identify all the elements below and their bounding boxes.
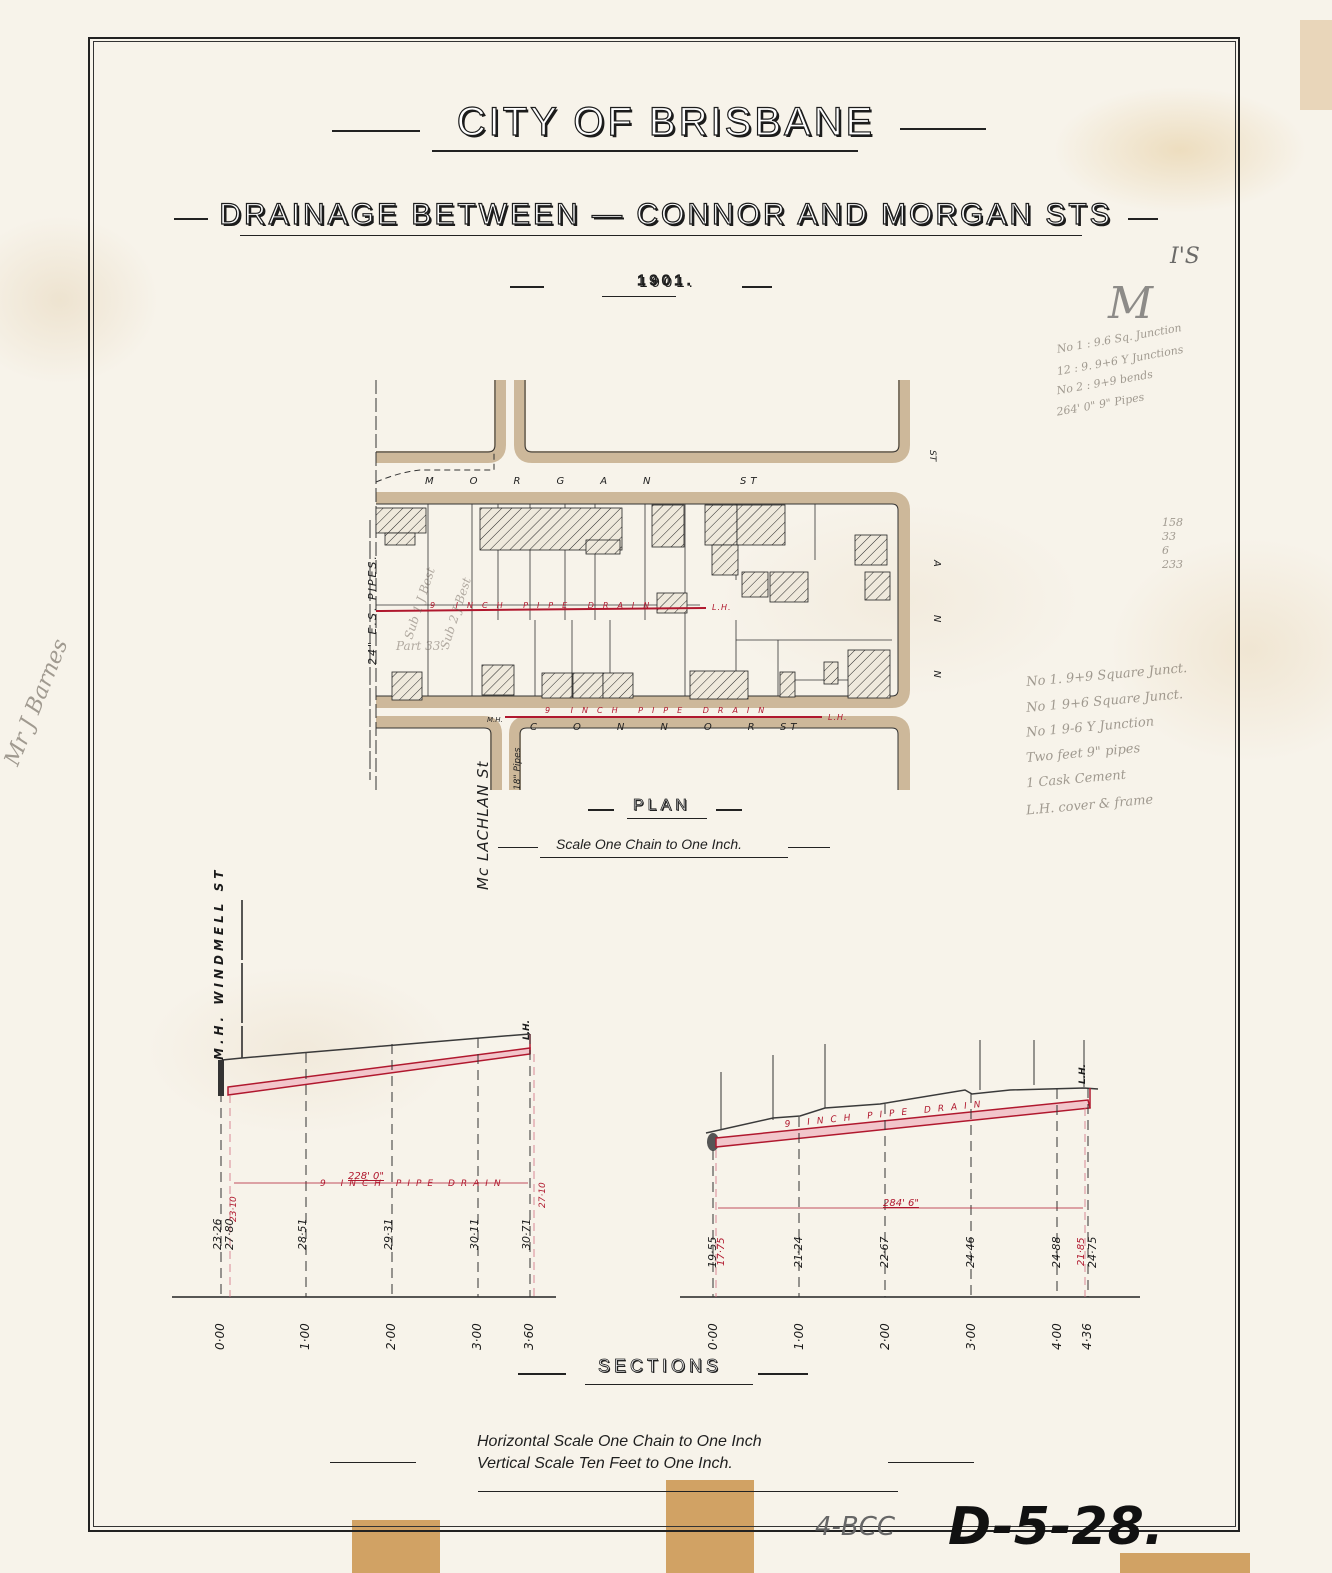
left-chainage-label: 0·00 bbox=[213, 1323, 227, 1350]
sections-dash-right bbox=[758, 1373, 808, 1375]
right-chainage-label: 3·00 bbox=[964, 1323, 978, 1350]
left-chainage-label: 3·00 bbox=[470, 1323, 484, 1350]
right-surface-level: 22·67 bbox=[878, 1237, 891, 1269]
right-chainage-label: 4·00 bbox=[1050, 1323, 1064, 1350]
right-section-length: 284' 6" bbox=[883, 1198, 919, 1209]
sections-drawing: 9 INCH PIPE DRAIN 9 INCH PIPE DRA bbox=[0, 0, 1332, 1573]
left-surface-level: 28·51 bbox=[296, 1219, 309, 1251]
pencil-note-line: 33 bbox=[1162, 530, 1176, 543]
right-invert-level: 17·75 bbox=[716, 1237, 727, 1266]
right-invert-level: 21·85 bbox=[1076, 1237, 1087, 1266]
right-chainage-label: 2·00 bbox=[878, 1323, 892, 1350]
pencil-note-m: M bbox=[1108, 278, 1153, 329]
left-chainage-label: 1·00 bbox=[298, 1323, 312, 1350]
left-invert-level: 23·10 bbox=[229, 1196, 239, 1222]
left-surface-level: 27·80 bbox=[223, 1219, 236, 1251]
horizontal-scale-note: Horizontal Scale One Chain to One Inch bbox=[477, 1433, 762, 1451]
right-section-end-label: L.H. bbox=[1078, 1064, 1088, 1084]
right-surface-level: 24·46 bbox=[964, 1237, 977, 1269]
sections-dash-left bbox=[518, 1373, 566, 1375]
right-surface-level: 24·75 bbox=[1086, 1237, 1099, 1269]
drawing-reference-number: D-5-28. bbox=[948, 1497, 1164, 1557]
left-surface-level: 30·11 bbox=[468, 1219, 481, 1251]
left-section-end-label: L.H. bbox=[522, 1020, 532, 1040]
left-surface-level: 30·71 bbox=[520, 1219, 533, 1251]
scale-dash-right-2 bbox=[888, 1462, 974, 1463]
sections-heading: SECTIONS bbox=[598, 1356, 722, 1377]
left-invert-level: 27·10 bbox=[538, 1182, 548, 1208]
pencil-note-is: I'S bbox=[1170, 244, 1200, 269]
left-section-length: 228' 0" bbox=[348, 1171, 384, 1182]
pencil-note-line: 6 bbox=[1162, 544, 1169, 557]
right-chainage-label: 1·00 bbox=[792, 1323, 806, 1350]
scale-underline-2 bbox=[478, 1491, 898, 1492]
pencil-note-line: 158 bbox=[1162, 516, 1183, 529]
left-section-start-label: M.H. WINDMELL ST bbox=[212, 867, 226, 1060]
archive-code: 4-BCC bbox=[815, 1512, 895, 1542]
left-chainage-label: 3·60 bbox=[522, 1323, 536, 1350]
scale-dash-left-2 bbox=[330, 1462, 416, 1463]
right-chainage-label: 0·00 bbox=[706, 1323, 720, 1350]
right-surface-level: 24·88 bbox=[1050, 1237, 1063, 1269]
right-surface-level: 21·24 bbox=[792, 1237, 805, 1269]
left-surface-level: 29·31 bbox=[382, 1219, 395, 1251]
sections-underline bbox=[585, 1384, 753, 1385]
left-section: 9 INCH PIPE DRAIN bbox=[218, 900, 534, 1297]
pencil-note-line: 233 bbox=[1162, 558, 1183, 571]
right-chainage-label: 4·36 bbox=[1080, 1323, 1094, 1350]
right-section: 9 INCH PIPE DRAIN bbox=[706, 1040, 1098, 1297]
vertical-scale-note: Vertical Scale Ten Feet to One Inch. bbox=[477, 1455, 733, 1473]
left-chainage-label: 2·00 bbox=[384, 1323, 398, 1350]
